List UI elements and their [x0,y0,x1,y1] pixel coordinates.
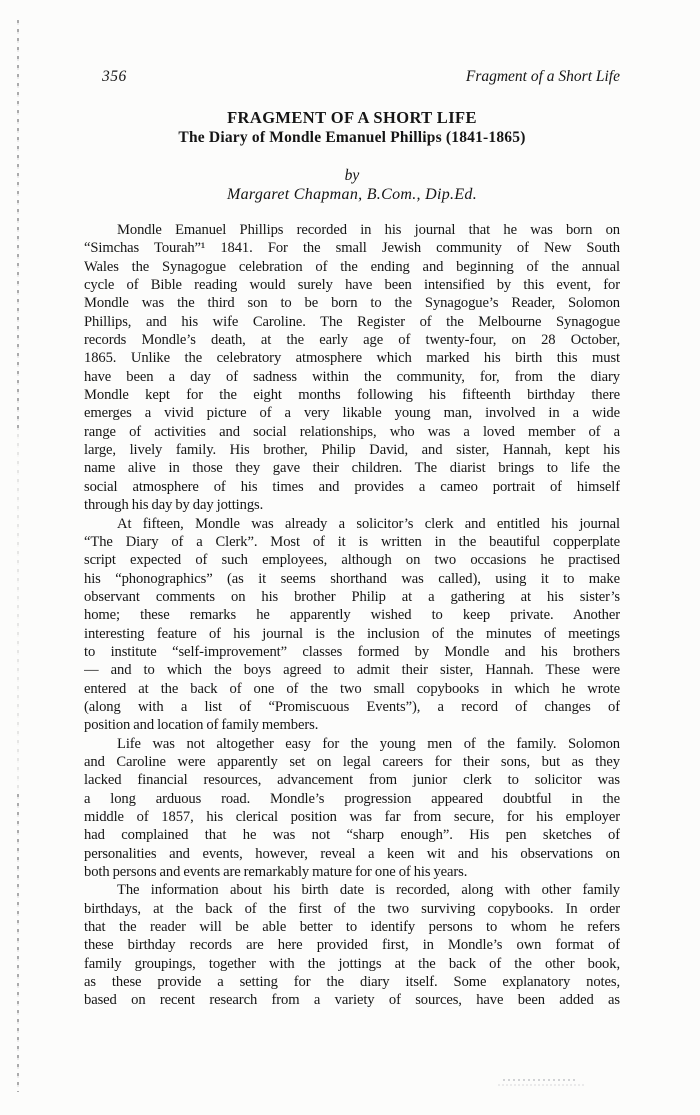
text-line: as these provide a setting for the diary… [84,973,620,991]
page-number: 356 [84,68,127,86]
text-line: interesting feature of his journal is th… [84,625,620,643]
text-line: Phillips, and his wife Caroline. The Reg… [84,313,620,331]
paragraph: At fifteen, Mondle was already a solicit… [84,515,620,735]
text-line: family groupings, together with the jott… [84,955,620,973]
text-line: (along with a list of “Promiscuous Event… [84,698,620,716]
text-line: range of activities and social relations… [84,423,620,441]
text-line: At fifteen, Mondle was already a solicit… [84,515,620,533]
text-line: his “phonographics” (as it seems shortha… [84,570,620,588]
text-line: “The Diary of a Clerk”. Most of it is wr… [84,533,620,551]
scan-artifact-dots [498,1084,586,1086]
text-line: position and location of family members. [84,716,620,734]
paragraph: Mondle Emanuel Phillips recorded in his … [84,221,620,515]
text-line: social atmosphere of his times and provi… [84,478,620,496]
text-line: based on recent research from a variety … [84,991,620,1009]
text-line: birthdays, at the back of the first of t… [84,900,620,918]
text-line: — and to which the boys agreed to admit … [84,661,620,679]
scan-artifact-left-edge-fade [16,430,20,790]
text-line: and Caroline were apparently set on lega… [84,753,620,771]
text-line: script expected of such employees, altho… [84,551,620,569]
text-line: both persons and events are remarkably m… [84,863,620,881]
text-line: 1865. Unlike the celebratory atmosphere … [84,349,620,367]
text-line: Mondle kept for the eight months followi… [84,386,620,404]
text-line: entered at the back of one of the two sm… [84,680,620,698]
text-line: Life was not altogether easy for the you… [84,735,620,753]
text-line: middle of 1857, his clerical position wa… [84,808,620,826]
text-line: had complained that he was not “sharp en… [84,826,620,844]
byline-label: by [84,167,620,185]
article-body: Mondle Emanuel Phillips recorded in his … [84,221,620,1010]
text-line: name alive in those they gave their chil… [84,459,620,477]
text-line: that the reader will be able better to i… [84,918,620,936]
article-subtitle: The Diary of Mondle Emanuel Phillips (18… [84,129,620,147]
text-line: records Mondle’s death, at the early age… [84,331,620,349]
text-line: large, lively family. His brother, Phili… [84,441,620,459]
paragraph: Life was not altogether easy for the you… [84,735,620,882]
text-line: personalities and events, however, revea… [84,845,620,863]
running-header: 356 Fragment of a Short Life [84,68,620,86]
text-line: The information about his birth date is … [84,881,620,899]
scanned-page: 356 Fragment of a Short Life FRAGMENT OF… [0,0,700,1115]
text-line: to institute “self-improvement” classes … [84,643,620,661]
text-line: home; these remarks he apparently wished… [84,606,620,624]
text-line: lacked financial resources, advancement … [84,771,620,789]
article-title: FRAGMENT OF A SHORT LIFE [84,108,620,128]
text-line: “Simchas Tourah”¹ 1841. For the small Je… [84,239,620,257]
author-name: Margaret Chapman, B.Com., Dip.Ed. [84,186,620,204]
text-line: cycle of Bible reading would surely have… [84,276,620,294]
text-line: Wales the Synagogue celebration of the e… [84,258,620,276]
running-title: Fragment of a Short Life [466,68,620,86]
text-line: a long arduous road. Mondle’s progressio… [84,790,620,808]
paragraph: The information about his birth date is … [84,881,620,1009]
text-line: emerges a vivid picture of a very likabl… [84,404,620,422]
text-line: Mondle Emanuel Phillips recorded in his … [84,221,620,239]
text-line: have been a day of sadness within the co… [84,368,620,386]
text-line: observant comments on his brother Philip… [84,588,620,606]
text-line: Mondle was the third son to be born to t… [84,294,620,312]
text-line: these birthday records are here provided… [84,936,620,954]
scan-artifact-dots [503,1079,575,1081]
text-line: through his day by day jottings. [84,496,620,514]
